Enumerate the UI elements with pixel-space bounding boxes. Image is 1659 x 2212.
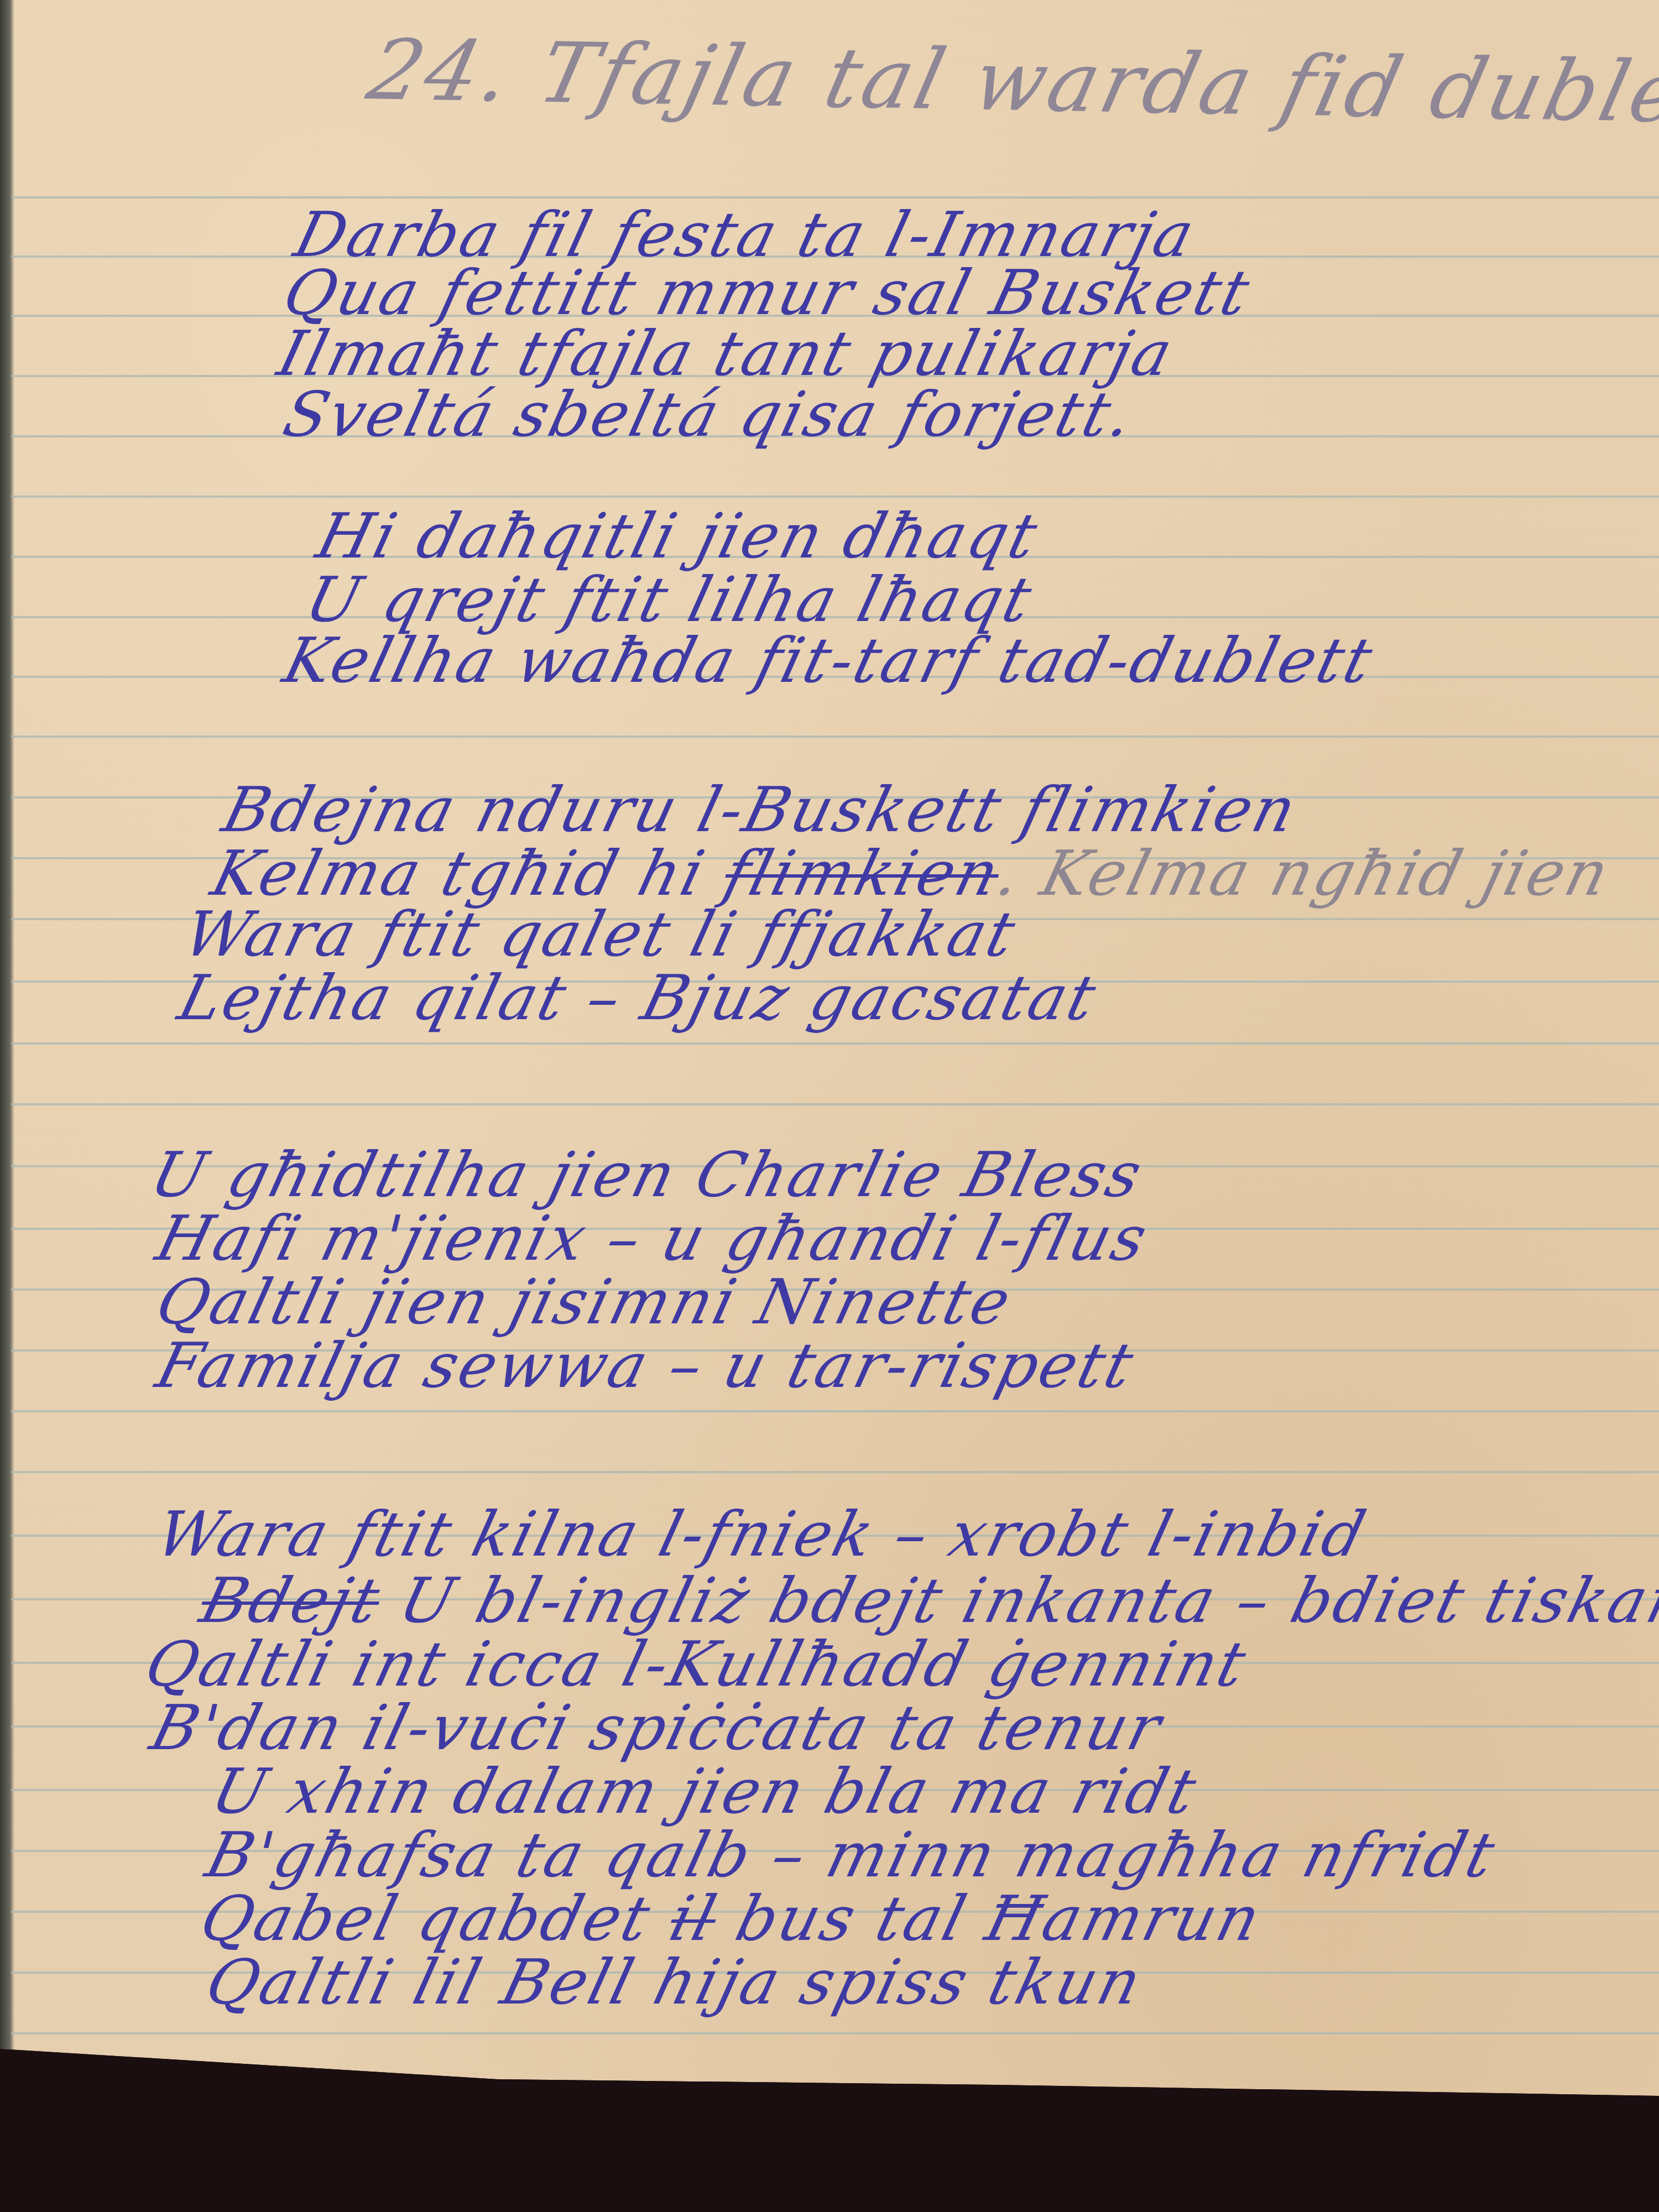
verse-line: B'għafsa ta qalb – minn magħha nfridt xyxy=(199,1819,1504,1891)
struck-word: Bdejt xyxy=(194,1565,388,1637)
verse-text: Qabel qabdet xyxy=(194,1883,659,1955)
verse-line: Hi daħqitli jien dħaqt xyxy=(310,500,1046,572)
notebook-page: 24. Tfajla tal warda fid dublett Darba f… xyxy=(0,0,1659,2101)
verse-line: Wara ftit qalet li ffjakkat xyxy=(177,899,1024,971)
rule-line xyxy=(11,1410,1659,1412)
verse-line: Sveltá sbeltá qisa forjett. xyxy=(276,379,1142,451)
rule-line xyxy=(11,1103,1659,1105)
verse-line: Qaltli jien jisimni Ninette xyxy=(149,1266,1020,1338)
verse-line: Lejtha qilat – Bjuz gacsatat xyxy=(171,962,1105,1034)
rule-line xyxy=(11,1042,1659,1045)
verse-line-with-strike: Qabel qabdet il bus tal Ħamrun xyxy=(194,1883,1269,1955)
verse-line: Qaltli int icca l-Kullħadd ġennint xyxy=(138,1629,1255,1700)
rule-line xyxy=(11,735,1659,738)
verse-line: Qaltli lil Bell hija spiss tkun xyxy=(199,1947,1150,2018)
rule-line xyxy=(11,1471,1659,1473)
verse-text-after: bus tal Ħamrun xyxy=(729,1883,1269,1955)
verse-line: Bdejna nduru l-Buskett flimkien xyxy=(216,774,1305,846)
rule-line xyxy=(11,196,1659,199)
verse-text: U bl-ingliż bdejt inkanta – bdiet tiskan… xyxy=(393,1565,1659,1637)
verse-line: U għidtilha jien Charlie Bless xyxy=(144,1139,1150,1211)
rule-line xyxy=(11,2032,1659,2034)
pencil-correction: . Kelma ngħid jien xyxy=(990,838,1618,910)
verse-line: Wara ftit kilna l-fniek – xrobt l-inbid xyxy=(149,1499,1374,1571)
verse-line: B'dan il-vuċi spiċċata ta tenur xyxy=(144,1692,1170,1764)
rule-line xyxy=(11,495,1659,498)
verse-line: Kellha waħda fit-tarf tad-dublett xyxy=(276,625,1381,697)
verse-line-with-strike: Bdejt U bl-ingliż bdejt inkanta – bdiet … xyxy=(194,1565,1659,1637)
verse-line: Familja sewwa – u tar-rispett xyxy=(149,1330,1142,1402)
verse-line: U xhin dalam jien bla ma ridt xyxy=(205,1756,1205,1828)
struck-word: il xyxy=(663,1883,725,1955)
verse-line: Hafi m'jienix – u għandi l-flus xyxy=(149,1203,1156,1275)
